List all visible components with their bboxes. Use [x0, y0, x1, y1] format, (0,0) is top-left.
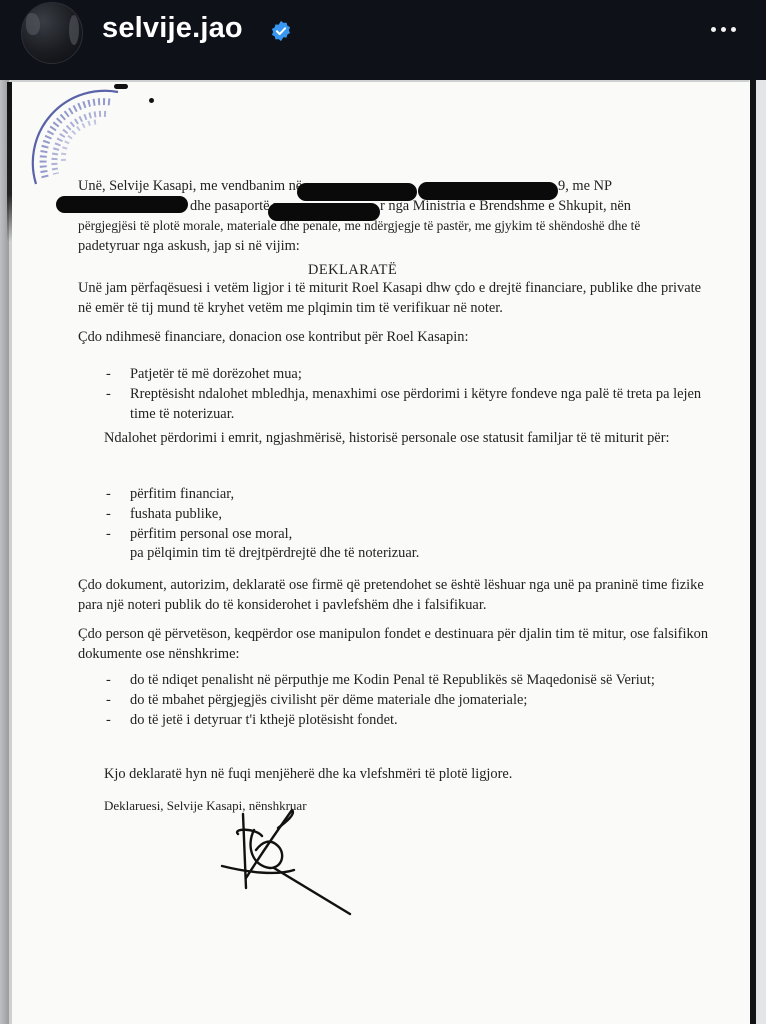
list-item: përfitim financiar, [104, 484, 694, 504]
paragraph-invalid-documents: Çdo dokument, autorizim, deklaratë ose f… [78, 575, 718, 615]
intro-line-1-end: 9, me NP [558, 176, 612, 196]
intro-line-2-end: r nga Ministria e Brendshme e Shkupit, n… [380, 196, 631, 216]
intro-line-4: padetyruar nga askush, jap si në vijim: [78, 236, 300, 256]
more-horizontal-icon [731, 27, 736, 32]
list-item: Patjetër të më dorëzohet mua; [104, 364, 704, 384]
username[interactable]: selvije.jao [102, 12, 243, 45]
paragraph-validity: Kjo deklaratë hyn në fuqi menjëherë dhe … [104, 764, 512, 784]
intro-line-2: dhe pasaportë n [190, 196, 280, 216]
post-header: selvije.jao [0, 0, 766, 80]
prohibited-uses-tail: pa pëlqimin tim të drejtpërdrejtë dhe të… [130, 543, 419, 563]
verified-badge-icon [270, 20, 292, 42]
more-horizontal-icon [721, 27, 726, 32]
list-item: do të ndiqet penalisht në përputhje me K… [104, 670, 674, 690]
ink-mark [149, 98, 154, 103]
redaction-bar [56, 196, 188, 213]
intro-line-1: Unë, Selvije Kasapi, me vendbanim në [78, 176, 302, 196]
document-title: DEKLARATË [308, 262, 397, 279]
signature-icon [216, 806, 356, 921]
paragraph-penalties: Çdo person që përvetëson, keqpërdor ose … [78, 624, 718, 664]
list-item: do të mbahet përgjegjës civilisht për dë… [104, 690, 674, 710]
paragraph-prohibition: Ndalohet përdorimi i emrit, ngjashmërisë… [104, 428, 694, 448]
paragraph-representative: Unë jam përfaqësuesi i vetëm ligjor i të… [78, 278, 718, 318]
intro-line-3: përgjegjësi të plotë morale, materiale d… [78, 216, 640, 236]
list-item: Rreptësisht ndalohet mbledhja, menaxhimi… [104, 384, 704, 424]
donation-rules-list: Patjetër të më dorëzohet mua; Rreptësish… [104, 364, 704, 424]
more-options-button[interactable] [706, 22, 740, 36]
profile-avatar[interactable] [21, 2, 83, 64]
photo-edge-right-shadow [750, 80, 756, 1024]
ink-mark [114, 84, 128, 89]
paragraph-donations: Çdo ndihmesë financiare, donacion ose ko… [78, 327, 468, 347]
penalties-list: do të ndiqet penalisht në përputhje me K… [104, 670, 674, 730]
prohibited-uses-list: përfitim financiar, fushata publike, për… [104, 484, 694, 544]
list-item: përfitim personal ose moral, [104, 524, 694, 544]
more-horizontal-icon [711, 27, 716, 32]
list-item: fushata publike, [104, 504, 694, 524]
list-item: do të jetë i detyruar t'i kthejë plotësi… [104, 710, 674, 730]
